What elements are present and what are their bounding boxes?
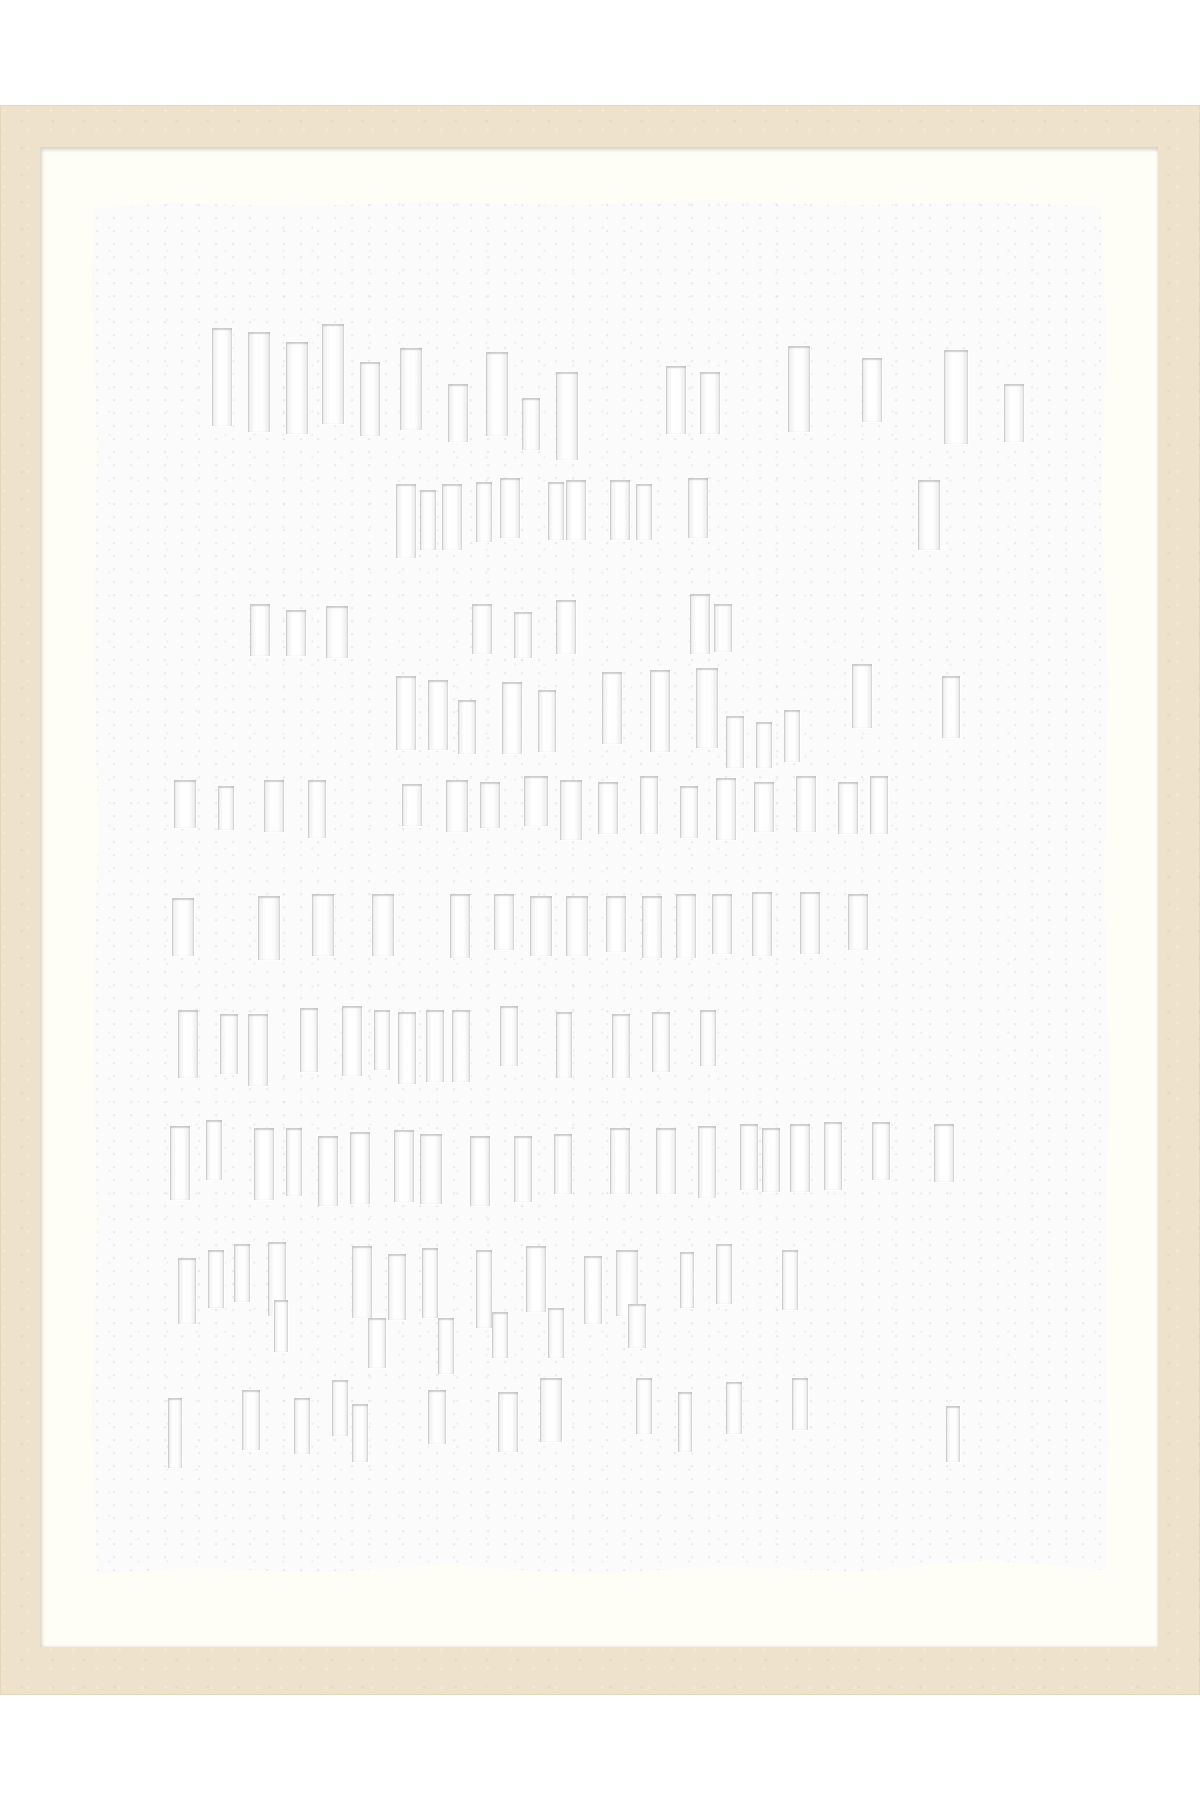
embossed-mark <box>698 1126 716 1198</box>
embossed-mark <box>696 668 718 748</box>
embossed-mark <box>274 1300 288 1352</box>
embossed-mark <box>788 346 810 432</box>
embossed-mark <box>526 1246 546 1312</box>
embossed-mark <box>312 894 334 956</box>
embossed-mark <box>170 1126 190 1200</box>
embossed-mark <box>944 350 968 444</box>
embossed-mark <box>264 780 284 832</box>
embossed-mark <box>848 894 868 950</box>
embossed-mark <box>650 670 670 752</box>
embossed-mark <box>680 1252 694 1308</box>
embossed-mark <box>712 894 732 954</box>
embossed-mark <box>556 600 576 654</box>
embossed-mark <box>470 1136 490 1206</box>
embossed-mark <box>752 892 772 956</box>
embossed-mark <box>556 372 578 460</box>
embossed-mark <box>398 1012 416 1084</box>
embossed-mark <box>442 484 462 550</box>
embossed-mark <box>480 782 500 828</box>
embossed-mark <box>522 398 540 450</box>
embossed-mark <box>422 1248 438 1318</box>
embossed-mark <box>740 1124 758 1190</box>
embossed-mark <box>500 1006 518 1066</box>
embossed-mark <box>402 784 422 826</box>
embossed-mark <box>556 1012 572 1078</box>
embossed-mark <box>178 1010 198 1078</box>
embossed-mark <box>254 1128 274 1200</box>
embossed-mark <box>168 1398 182 1468</box>
embossed-mark <box>458 700 476 754</box>
embossed-mark <box>514 1136 532 1202</box>
embossed-mark <box>700 372 720 434</box>
embossed-mark <box>934 1124 954 1182</box>
embossed-mark <box>318 1136 338 1206</box>
embossed-mark <box>472 604 492 654</box>
embossed-mark <box>754 782 774 832</box>
embossed-mark <box>870 776 888 834</box>
embossed-mark <box>942 676 960 738</box>
embossed-mark <box>342 1006 362 1076</box>
embossed-mark <box>524 776 548 826</box>
embossed-mark <box>388 1254 406 1320</box>
embossed-mark <box>756 722 772 768</box>
embossed-mark <box>486 352 508 436</box>
embossed-mark <box>220 1014 238 1074</box>
embossed-mark <box>494 894 514 950</box>
embossed-mark <box>726 1382 742 1434</box>
embossed-mark <box>476 1250 492 1328</box>
embossed-mark <box>350 1132 370 1204</box>
embossed-mark <box>690 594 710 654</box>
embossed-mark <box>838 782 858 834</box>
embossed-mark <box>548 1308 564 1358</box>
embossed-mark <box>872 1122 890 1180</box>
embossed-mark <box>286 610 306 656</box>
embossed-mark <box>762 1128 780 1192</box>
embossed-mark <box>792 1378 808 1430</box>
embossed-mark <box>396 676 416 750</box>
embossed-mark <box>308 780 326 838</box>
embossed-mark <box>636 1378 652 1434</box>
embossed-mark <box>666 366 686 434</box>
embossed-mark <box>172 898 194 956</box>
embossed-mark <box>396 484 416 558</box>
embossed-mark <box>598 782 618 834</box>
embossed-mark <box>790 1124 810 1192</box>
embossed-mark <box>716 1244 732 1304</box>
embossed-mark <box>332 1380 348 1436</box>
embossed-mark <box>602 672 622 744</box>
embossed-mark <box>234 1244 250 1302</box>
embossed-mark <box>502 682 522 754</box>
embossed-mark <box>714 604 732 652</box>
embossed-mark <box>248 332 270 432</box>
embossed-mark <box>560 780 582 840</box>
embossed-mark <box>584 1256 602 1324</box>
embossed-mark <box>678 1392 692 1452</box>
embossed-mark <box>554 1134 572 1194</box>
embossed-mark <box>450 894 470 958</box>
embossed-mark <box>428 1390 446 1444</box>
embossed-mark <box>610 480 630 540</box>
embossed-mark <box>352 1246 372 1318</box>
embossed-mark <box>540 1378 562 1442</box>
embossed-mark <box>250 604 270 656</box>
embossed-mark <box>426 1010 444 1082</box>
embossed-mark <box>530 896 552 956</box>
embossed-mark <box>368 1318 386 1368</box>
embossed-mark <box>680 786 698 838</box>
embossed-mark <box>642 896 662 958</box>
embossed-mark <box>784 710 800 762</box>
embossed-mark <box>372 894 394 956</box>
embossed-mark <box>652 1012 670 1072</box>
embossed-mark <box>946 1406 960 1462</box>
embossed-mark <box>716 778 736 840</box>
embossed-mark <box>628 1304 646 1348</box>
embossed-mark <box>610 1128 630 1194</box>
embossed-mark <box>322 324 344 424</box>
embossed-mark <box>476 482 492 542</box>
embossed-mark <box>248 1014 268 1086</box>
embossed-mark <box>428 680 448 750</box>
embossed-mark <box>566 896 588 956</box>
embossed-mark <box>796 776 816 832</box>
embossed-mark <box>918 480 940 550</box>
embossed-mark <box>286 342 308 434</box>
embossed-mark <box>400 348 422 430</box>
embossed-mark <box>300 1008 318 1072</box>
embossed-mark <box>852 664 872 728</box>
embossed-mark <box>612 1014 630 1078</box>
embossed-mark <box>352 1404 368 1462</box>
embossed-mark <box>824 1122 842 1190</box>
embossed-mark <box>420 1134 442 1204</box>
embossed-mark <box>286 1128 302 1196</box>
embossed-mark <box>636 484 652 540</box>
embossed-mark <box>656 1128 676 1194</box>
embossed-mark <box>294 1398 310 1454</box>
embossed-mark <box>394 1130 414 1202</box>
embossed-mark <box>448 384 468 442</box>
embossed-mark <box>498 1392 518 1452</box>
embossed-mark <box>548 482 564 540</box>
embossed-mark <box>438 1318 454 1374</box>
embossed-mark <box>208 1250 224 1308</box>
embossed-mark <box>326 606 348 658</box>
embossed-mark <box>212 328 232 426</box>
embossed-mark <box>174 780 196 828</box>
embossed-mark <box>800 892 820 954</box>
embossed-mark <box>1004 384 1024 442</box>
embossed-mark <box>726 716 744 768</box>
embossed-mark <box>452 1010 470 1082</box>
embossed-mark <box>538 690 556 752</box>
embossed-mark <box>862 358 882 422</box>
embossed-mark <box>700 1010 716 1066</box>
embossed-mark <box>446 780 468 832</box>
embossed-mark <box>640 776 658 834</box>
embossed-mark <box>258 896 280 960</box>
mat-board <box>40 147 1158 1647</box>
embossed-mark <box>782 1250 798 1310</box>
embossed-mark <box>688 478 708 538</box>
embossed-mark <box>360 362 380 436</box>
embossed-mark <box>676 894 696 958</box>
picture-frame <box>0 105 1200 1695</box>
embossed-mark <box>374 1010 390 1070</box>
embossed-mark <box>606 896 626 952</box>
embossed-mark <box>206 1120 222 1180</box>
embossed-mark <box>566 480 586 540</box>
embossed-mark <box>420 490 436 550</box>
embossed-mark <box>500 478 520 538</box>
embossed-paper-artwork <box>92 200 1110 1580</box>
embossed-mark <box>242 1390 260 1450</box>
embossed-mark <box>514 612 532 658</box>
embossed-mark <box>178 1258 196 1324</box>
embossed-mark <box>218 786 234 830</box>
embossed-mark <box>492 1312 508 1358</box>
